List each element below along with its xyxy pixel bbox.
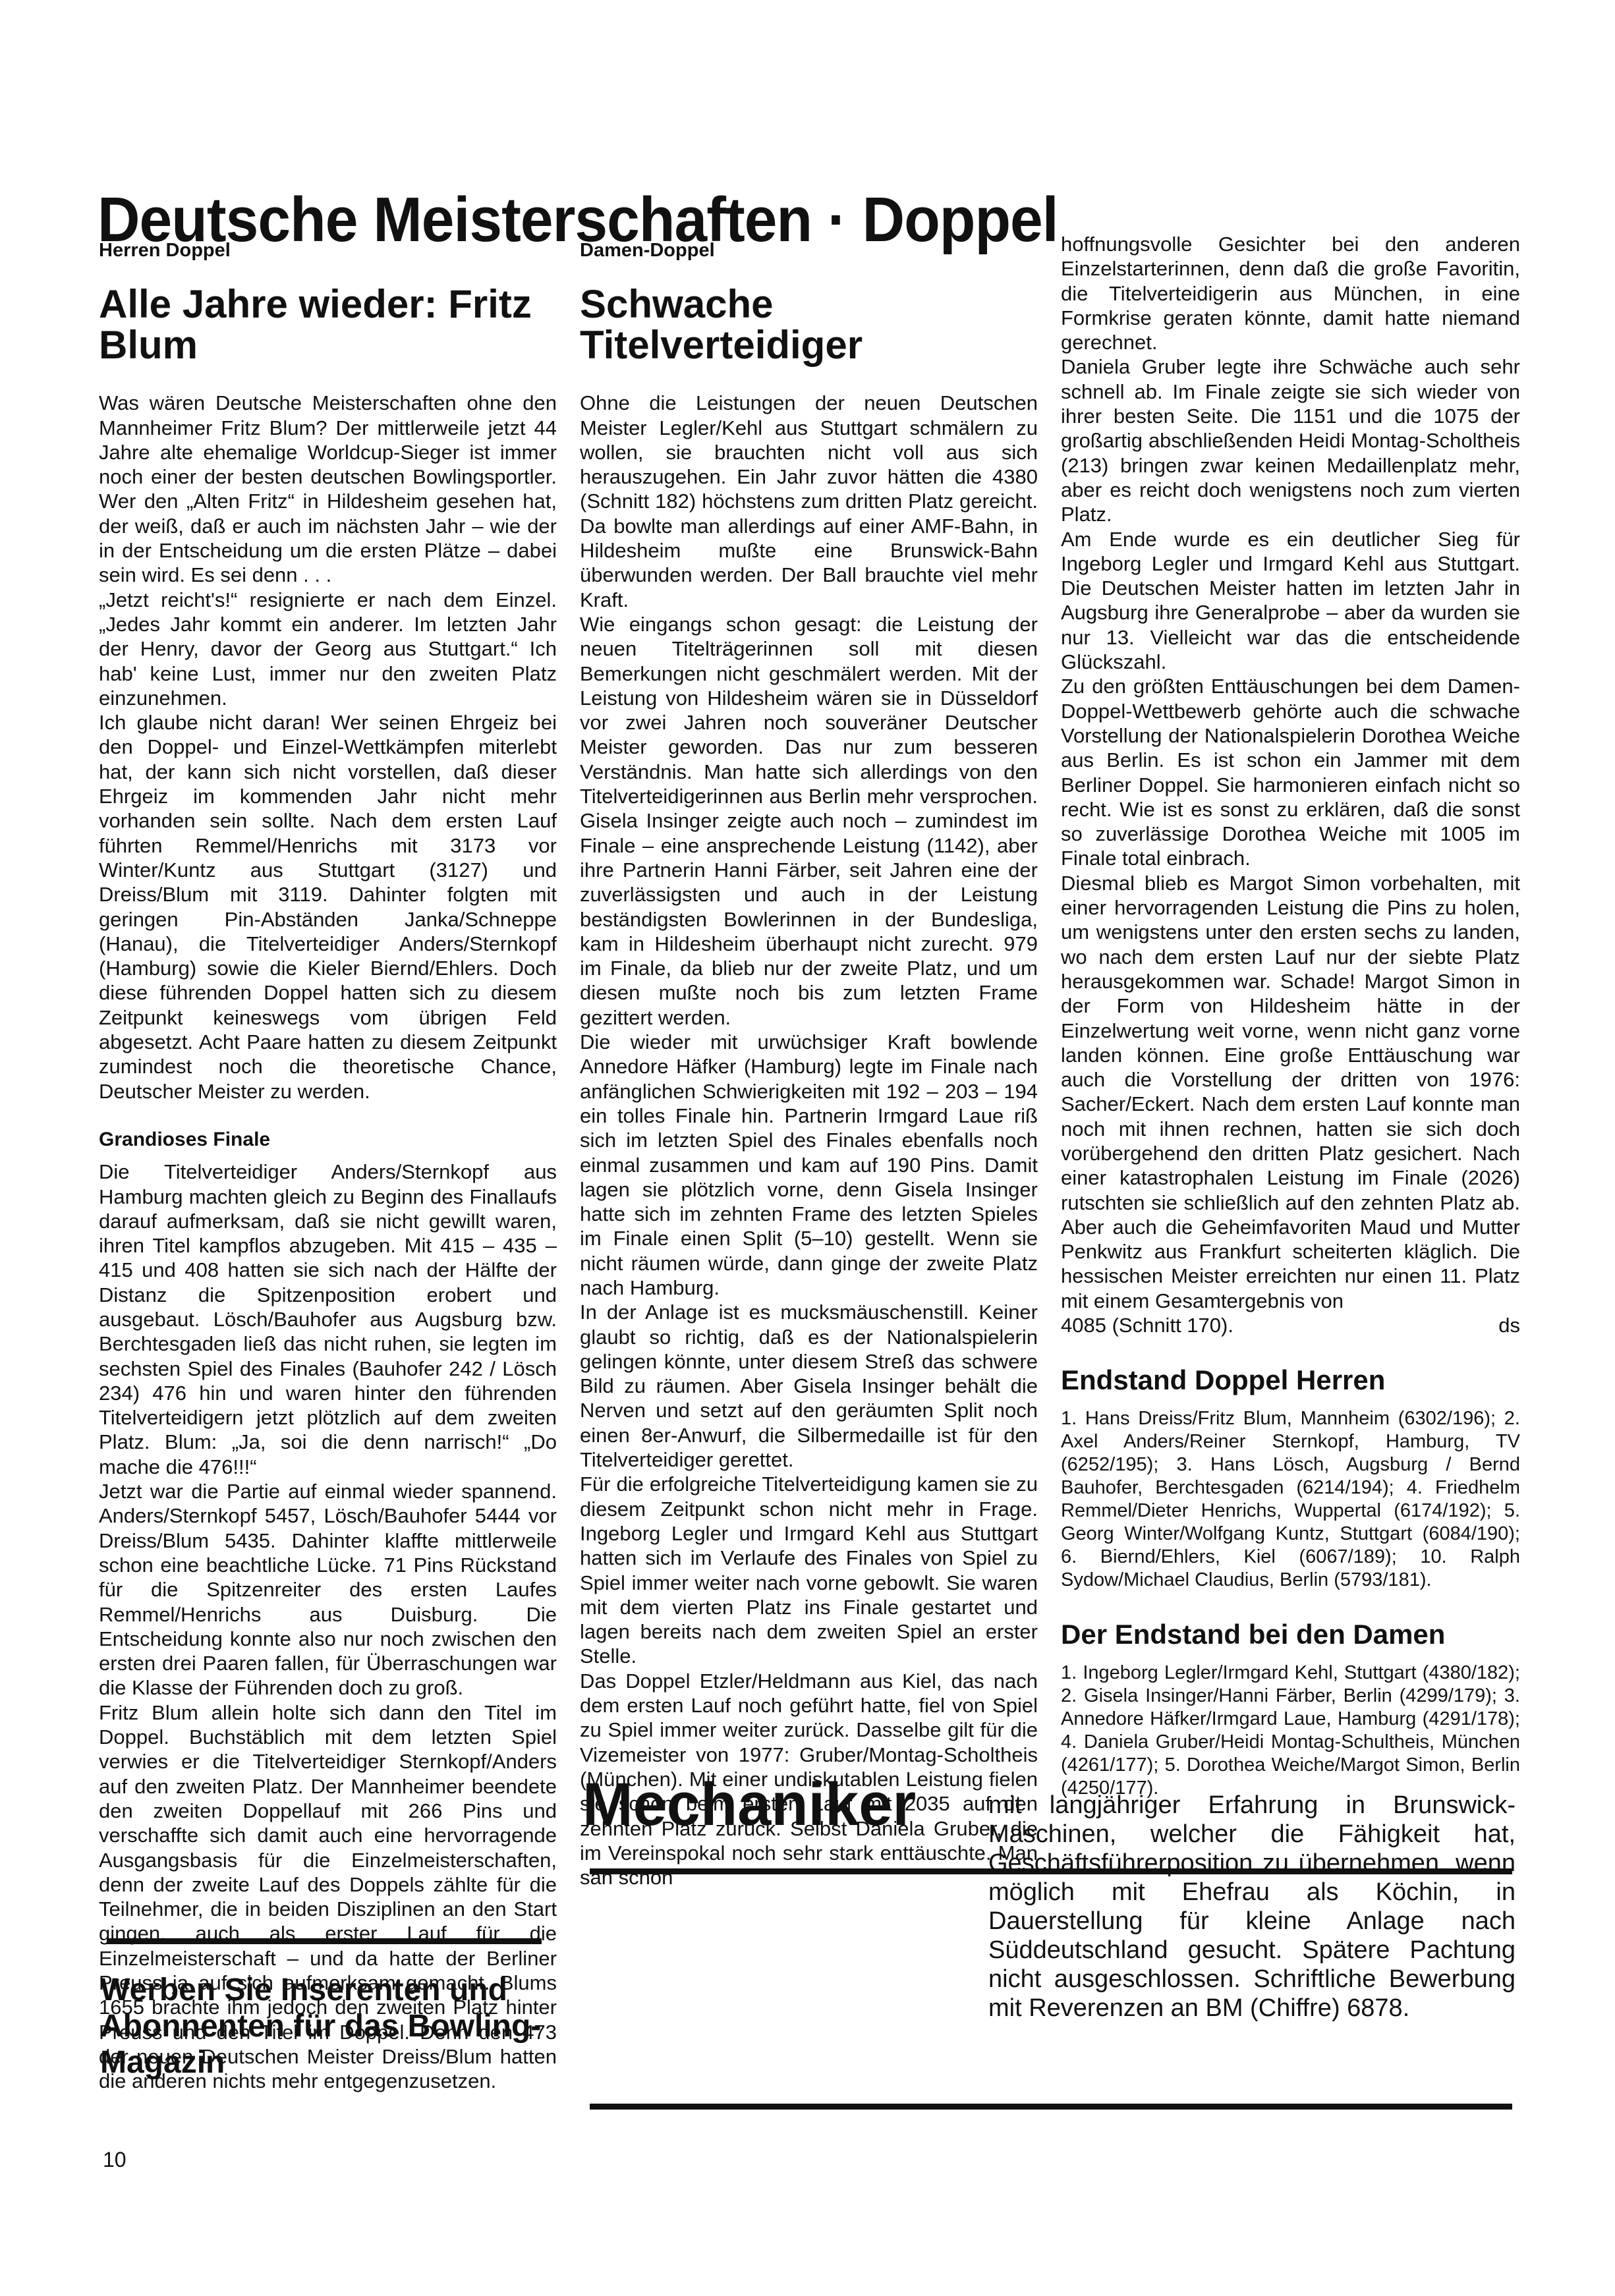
closing-text: 4085 (Schnitt 170). [1061, 1313, 1233, 1337]
results-damen-title: Der Endstand bei den Damen [1061, 1619, 1520, 1650]
paragraph: „Jetzt reicht's!“ resignierte er nach de… [99, 588, 557, 710]
paragraph: Die Titelverteidiger Anders/Sternkopf au… [99, 1160, 557, 1479]
paragraph: Was wären Deutsche Meisterschaften ohne … [99, 391, 557, 587]
promo-text: Werben Sie Inserenten und Abonnenten für… [100, 1972, 561, 2081]
paragraph: In der Anlage ist es mucksmäuschenstill.… [580, 1300, 1038, 1472]
page-number: 10 [103, 2148, 127, 2172]
article-damen-doppel: Damen-Doppel Schwache Titelverteidiger O… [580, 231, 1038, 1890]
paragraph: Für die erfolgreiche Titelverteidigung k… [580, 1472, 1038, 1668]
subheading: Grandioses Finale [99, 1127, 557, 1152]
results-damen-list: 1. Ingeborg Legler/Irmgard Kehl, Stuttga… [1061, 1662, 1520, 1800]
article-headline: Schwache Titelverteidiger [580, 284, 1038, 366]
results-herren-title: Endstand Doppel Herren [1061, 1365, 1520, 1395]
divider-rule-ad-bottom [590, 2104, 1512, 2110]
article-continuation: hoffnungsvolle Gesichter bei den anderen… [1061, 232, 1520, 1800]
paragraph: Am Ende wurde es ein deutlicher Sieg für… [1061, 527, 1520, 675]
results-herren-list: 1. Hans Dreiss/Fritz Blum, Mannheim (630… [1061, 1407, 1520, 1592]
paragraph: Die wieder mit urwüchsiger Kraft bowlend… [580, 1030, 1038, 1300]
paragraph: Daniela Gruber legte ihre Schwäche auch … [1061, 354, 1520, 526]
author-initials: ds [1498, 1313, 1520, 1337]
paragraph: Ohne die Leistungen der neuen Deutschen … [580, 391, 1038, 612]
paragraph: Zu den größten Enttäuschungen bei dem Da… [1061, 674, 1520, 870]
divider-rule-left [107, 1938, 542, 1944]
section-kicker: Herren Doppel [99, 238, 557, 263]
article-headline: Alle Jahre wieder: Fritz Blum [99, 284, 557, 366]
paragraph: Diesmal blieb es Margot Simon vorbehalte… [1061, 871, 1520, 1313]
paragraph: Ich glaube nicht daran! Wer seinen Ehrge… [99, 710, 557, 1104]
closing-line: 4085 (Schnitt 170). ds [1061, 1313, 1520, 1337]
ad-body: mit langjähriger Erfahrung in Brunswick-… [988, 1791, 1516, 2023]
article-herren-doppel: Herren Doppel Alle Jahre wieder: Fritz B… [99, 231, 557, 2093]
paragraph: hoffnungsvolle Gesichter bei den anderen… [1061, 232, 1520, 354]
paragraph: Jetzt war die Partie auf einmal wieder s… [99, 1479, 557, 1700]
section-kicker: Damen-Doppel [580, 238, 1038, 263]
paragraph: Wie eingangs schon gesagt: die Leistung … [580, 612, 1038, 1030]
ad-headline: Mechaniker [582, 1774, 916, 1835]
